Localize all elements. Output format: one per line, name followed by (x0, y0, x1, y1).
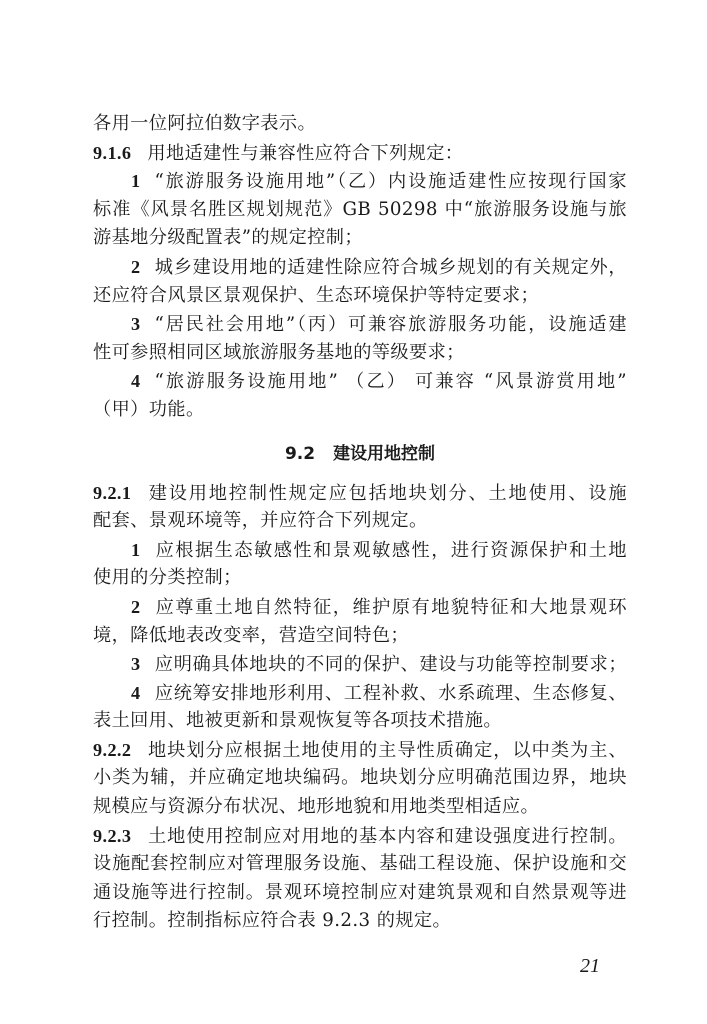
item-line: 2城乡建设用地的适建性除应符合城乡规划的有关规定外， (93, 253, 627, 282)
clause-line: 9.2.3土地使用控制应对用地的基本内容和建设强度进行控制。 (93, 822, 627, 851)
text-line: 小类为辅，并应确定地块编码。地块划分应明确范围边界，地块 (93, 764, 627, 793)
item-line: 4应统筹安排地形利用、工程补救、水系疏理、生态修复、 (93, 679, 627, 708)
item-line: 1应根据生态敏感性和景观敏感性，进行资源保护和土地 (93, 536, 627, 565)
item-line: 2应尊重土地自然特征，维护原有地貌特征和大地景观环 (93, 593, 627, 622)
clause-number: 9.2.2 (93, 740, 131, 760)
text-line: 游基地分级配置表”的规定控制； (93, 224, 627, 253)
item-number: 1 (131, 540, 141, 560)
clause-text: 土地使用控制应对用地的基本内容和建设强度进行控制。 (147, 826, 627, 847)
item-text: 应根据生态敏感性和景观敏感性，进行资源保护和土地 (155, 540, 628, 561)
item-number: 3 (131, 654, 141, 674)
item-text: “旅游服务设施用地” （乙） 可兼容 “风景游赏用地” (155, 371, 628, 392)
document-body: 各用一位阿拉伯数字表示。 9.1.6用地适建性与兼容性应符合下列规定： 1“旅游… (93, 110, 627, 936)
text-line: 通设施等进行控制。景观环境控制应对建筑景观和自然景观等进 (93, 879, 627, 908)
clause-line: 9.1.6用地适建性与兼容性应符合下列规定： (93, 139, 627, 168)
item-number: 1 (131, 171, 141, 191)
item-number: 2 (131, 257, 141, 277)
text-line: 使用的分类控制； (93, 564, 627, 593)
text-line: 境，降低地表改变率，营造空间特色； (93, 622, 627, 651)
item-line: 4“旅游服务设施用地” （乙） 可兼容 “风景游赏用地” (93, 367, 627, 396)
item-number: 4 (131, 683, 141, 703)
clause-line: 9.2.1建设用地控制性规定应包括地块划分、土地使用、设施 (93, 479, 627, 508)
section-heading: 9.2建设用地控制 (93, 429, 627, 479)
item-line: 1“旅游服务设施用地”（乙）内设施适建性应按现行国家 (93, 167, 627, 196)
page-number: 21 (580, 955, 600, 978)
text-line: （甲）功能。 (93, 396, 627, 425)
text-line: 设施配套控制应对管理服务设施、基础工程设施、保护设施和交 (93, 850, 627, 879)
clause-number: 9.1.6 (93, 143, 131, 163)
item-number: 3 (131, 314, 141, 334)
clause-text: 建设用地控制性规定应包括地块划分、土地使用、设施 (147, 483, 627, 504)
item-text: 城乡建设用地的适建性除应符合城乡规划的有关规定外， (155, 257, 628, 278)
clause-line: 9.2.2地块划分应根据土地使用的主导性质确定，以中类为主、 (93, 736, 627, 765)
item-text: “旅游服务设施用地”（乙）内设施适建性应按现行国家 (155, 171, 628, 192)
item-line: 3应明确具体地块的不同的保护、建设与功能等控制要求； (93, 650, 627, 679)
item-text: “居民社会用地”（丙）可兼容旅游服务功能，设施适建 (155, 314, 628, 335)
item-number: 2 (131, 597, 141, 617)
clause-number: 9.2.3 (93, 826, 131, 846)
text-line: 配套、景观环境等，并应符合下列规定。 (93, 507, 627, 536)
item-text: 应统筹安排地形利用、工程补救、水系疏理、生态修复、 (155, 683, 628, 704)
text-line: 规模应与资源分布状况、地形地貌和用地类型相适应。 (93, 793, 627, 822)
item-number: 4 (131, 371, 141, 391)
item-text: 应明确具体地块的不同的保护、建设与功能等控制要求； (155, 654, 628, 675)
text-line: 性可参照相同区域旅游服务基地的等级要求； (93, 339, 627, 368)
text-line: 还应符合风景区景观保护、生态环境保护等特定要求； (93, 282, 627, 311)
clause-text: 地块划分应根据土地使用的主导性质确定，以中类为主、 (147, 740, 627, 761)
text-line: 表土回用、地被更新和景观恢复等各项技术措施。 (93, 707, 627, 736)
section-number: 9.2 (285, 444, 315, 464)
text-line: 标准《风景名胜区规划规范》GB 50298 中“旅游服务设施与旅 (93, 196, 627, 225)
item-line: 3“居民社会用地”（丙）可兼容旅游服务功能，设施适建 (93, 310, 627, 339)
section-title: 建设用地控制 (333, 444, 435, 464)
clause-number: 9.2.1 (93, 483, 131, 503)
item-text: 应尊重土地自然特征，维护原有地貌特征和大地景观环 (155, 597, 628, 618)
text-line: 各用一位阿拉伯数字表示。 (93, 110, 627, 139)
text-line: 行控制。控制指标应符合表 9.2.3 的规定。 (93, 907, 627, 936)
clause-text: 用地适建性与兼容性应符合下列规定： (147, 143, 463, 164)
